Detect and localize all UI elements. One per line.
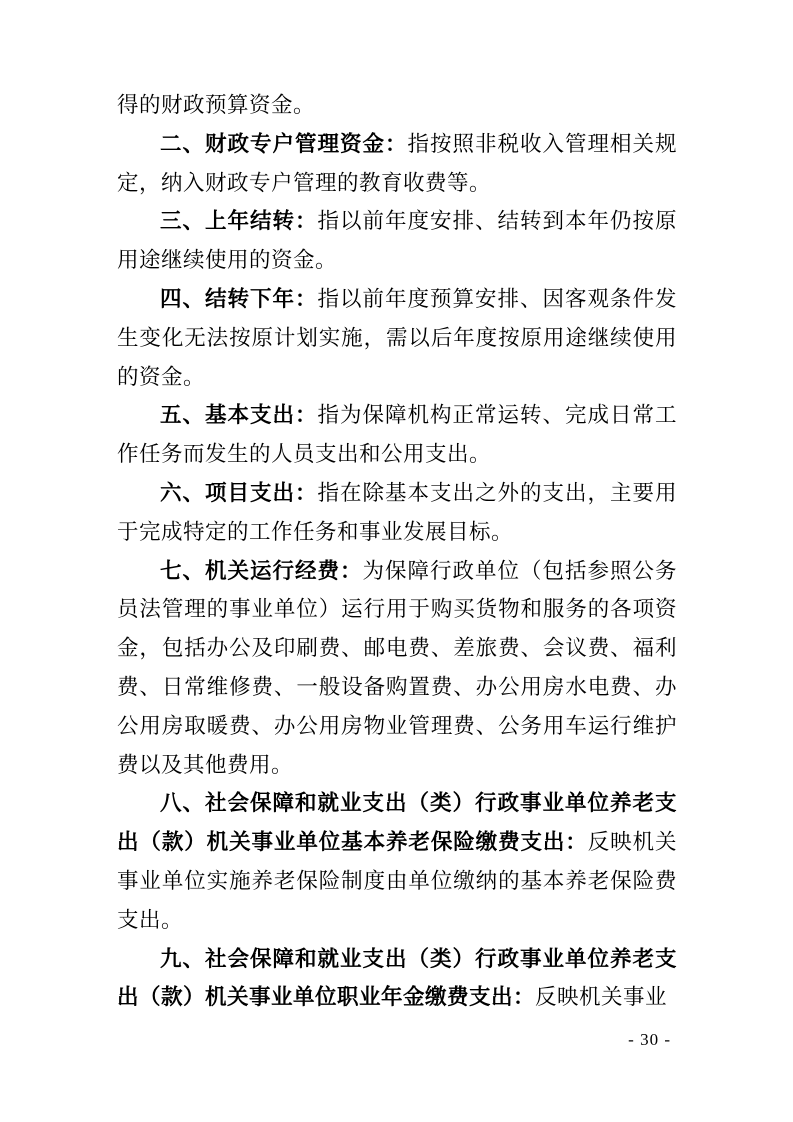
definition-text: 为保障行政单位（包括参照公务员法管理的事业单位）运行用于购买货物和服务的各项资金…	[117, 559, 677, 777]
paragraph-item-8: 八、社会保障和就业支出（类）行政事业单位养老支出（款）机关事业单位基本养老保险缴…	[117, 784, 677, 939]
paragraph-item-6: 六、项目支出：指在除基本支出之外的支出，主要用于完成特定的工作任务和事业发展目标…	[117, 474, 677, 552]
term-label: 七、机关运行经费：	[160, 559, 363, 583]
term-label: 六、项目支出：	[160, 481, 318, 505]
paragraph-item-7: 七、机关运行经费：为保障行政单位（包括参照公务员法管理的事业单位）运行用于购买货…	[117, 552, 677, 785]
page-body-text: 得的财政预算资金。 二、财政专户管理资金：指按照非税收入管理相关规定，纳入财政专…	[117, 86, 677, 1017]
paragraph-item-3: 三、上年结转：指以前年度安排、结转到本年仍按原用途继续使用的资金。	[117, 202, 677, 280]
paragraph-item-5: 五、基本支出：指为保障机构正常运转、完成日常工作任务而发生的人员支出和公用支出。	[117, 396, 677, 474]
paragraph-item-4: 四、结转下年：指以前年度预算安排、因客观条件发生变化无法按原计划实施，需以后年度…	[117, 280, 677, 396]
term-label: 三、上年结转：	[160, 209, 318, 233]
definition-text: 反映机关事业	[535, 985, 667, 1009]
paragraph-item-9: 九、社会保障和就业支出（类）行政事业单位养老支出（款）机关事业单位职业年金缴费支…	[117, 940, 677, 1018]
page-number: - 30 -	[628, 1030, 671, 1050]
term-label: 四、结转下年：	[160, 287, 318, 311]
term-label: 五、基本支出：	[160, 403, 318, 427]
paragraph-item-2: 二、财政专户管理资金：指按照非税收入管理相关规定，纳入财政专户管理的教育收费等。	[117, 125, 677, 203]
paragraph-continuation: 得的财政预算资金。	[117, 86, 677, 125]
document-page: 得的财政预算资金。 二、财政专户管理资金：指按照非税收入管理相关规定，纳入财政专…	[0, 0, 793, 1122]
term-label: 二、财政专户管理资金：	[160, 132, 408, 156]
definition-text: 得的财政预算资金。	[117, 93, 315, 117]
